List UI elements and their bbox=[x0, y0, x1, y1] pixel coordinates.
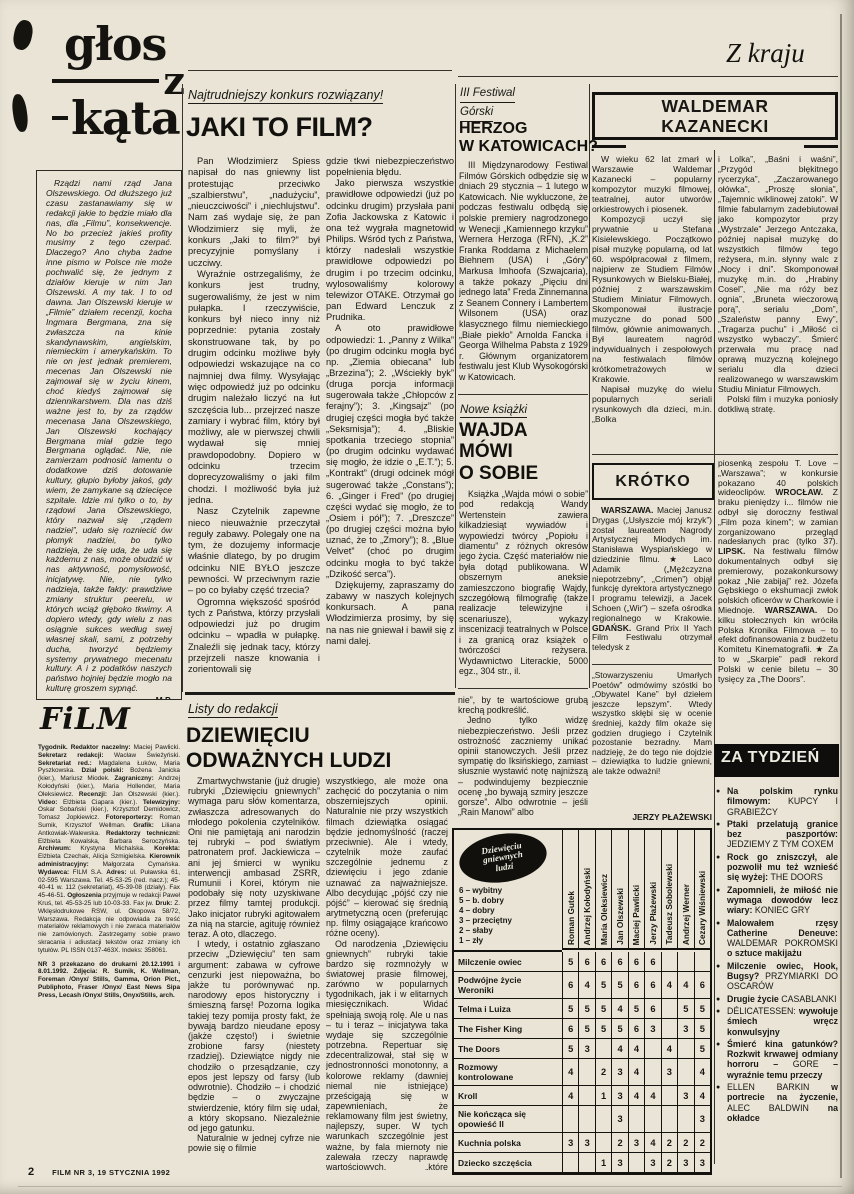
film-title: Podwójne życie Weroniki bbox=[454, 972, 562, 999]
rating-cell: 6 bbox=[644, 972, 660, 999]
scan-artifact bbox=[11, 18, 35, 51]
listy-col4-wrap: „Stowarzyszeniu Umarłych Poetów” odmówim… bbox=[592, 671, 712, 822]
bold-text: Tygodnik. Redaktor naczelny: bbox=[38, 744, 134, 751]
scan-artifact bbox=[10, 93, 29, 133]
konkurs-kicker: Najtrudniejszy konkurs rozwiązany! bbox=[188, 86, 383, 104]
logo-line: ludzi bbox=[495, 861, 514, 873]
bullet-icon: ● bbox=[716, 787, 720, 797]
rating-cell bbox=[677, 1039, 693, 1059]
paragraph: Ogromna większość spośród tych z Państwa… bbox=[188, 597, 320, 676]
bullet-icon: ● bbox=[716, 1007, 720, 1017]
rating-cell bbox=[661, 1019, 677, 1039]
next-week-item: ●Śmierć kina gatunków? Rozkwit krwawej o… bbox=[716, 1039, 838, 1080]
bold-text: Ptaki przelatują granice bez paszportów: bbox=[727, 819, 838, 839]
bullet-icon: ● bbox=[716, 1040, 720, 1050]
page-number: 2 bbox=[28, 1166, 34, 1178]
headline-line: KAZANECKI bbox=[661, 116, 769, 136]
glos-z-kata-logo: głos z kąta bbox=[52, 24, 184, 138]
rating-cell bbox=[644, 1059, 660, 1086]
rating-cell: 2 bbox=[661, 1153, 677, 1173]
listy-col2: wszystkiego, ale może ona zachęcić do po… bbox=[326, 776, 448, 1170]
headline-line: O SOBIE bbox=[459, 463, 538, 484]
text: Elżbieta Czechak, Alicja Szmigielska. bbox=[38, 853, 149, 860]
kazanecki-col1: W wieku 62 lat zmarł w Warszawie Waldema… bbox=[592, 154, 712, 452]
bullet-icon: ● bbox=[716, 995, 720, 1005]
critic-name: Andrzej Kołodyński bbox=[578, 830, 594, 950]
text: JEDZIEMY Z TYM COXEM bbox=[727, 839, 834, 849]
za-tydzien-headline: ZA TYDZIEŃ bbox=[721, 749, 820, 766]
paragraph: Naturalnie w jednej cyfrze nie powie się… bbox=[188, 1133, 320, 1153]
text: Elżbieta Kowalska, Barbara Seroczyńska. bbox=[38, 838, 180, 845]
ratings-table: Dziewięciugniewnychludzi6 – wybitny5 – b… bbox=[452, 828, 712, 1175]
text: Z. Wklęsłodrukowe RSW, ul. Okopowa 58/72… bbox=[38, 900, 180, 954]
legend-line: 2 – słaby bbox=[459, 926, 562, 936]
critic-name: Tadeusz Sobolewski bbox=[661, 830, 677, 950]
text: Elżbieta Ciapara (kier.). bbox=[63, 799, 143, 806]
kazanecki-col2: i Lolka”, „Baśni i waśni”, „Przygód błęk… bbox=[718, 154, 838, 450]
text: GORE bbox=[793, 1059, 819, 1069]
rating-cell: 4 bbox=[661, 1039, 677, 1059]
section-header: Z kraju bbox=[726, 38, 805, 69]
section-rule bbox=[458, 688, 588, 689]
rating-cell bbox=[661, 1086, 677, 1106]
bold-text: Recenzji: bbox=[79, 791, 112, 798]
column-rule bbox=[589, 84, 590, 688]
paragraph: W wieku 62 lat zmarł w Warszawie Waldema… bbox=[592, 154, 712, 214]
rating-cell: 3 bbox=[578, 1039, 594, 1059]
rating-cell: 4 bbox=[628, 1059, 644, 1086]
bullet-icon: ● bbox=[716, 919, 720, 929]
paragraph: Książka „Wajda mówi o sobie” pod redakcj… bbox=[459, 489, 588, 676]
paragraph: Dziękujemy, zapraszamy do zabawy w naszy… bbox=[326, 580, 454, 647]
rating-cell: 4 bbox=[611, 999, 627, 1019]
rating-cell bbox=[677, 1059, 693, 1086]
bold-text: Archiwum: bbox=[38, 845, 80, 852]
wajda-kicker: Nowe książki bbox=[460, 400, 527, 418]
logo-bar bbox=[52, 79, 159, 84]
film-title: Telma i Luiza bbox=[454, 999, 562, 1019]
paragraph: Polski film i muzyka poniosły dotkliwą s… bbox=[718, 394, 838, 414]
paragraph: Jako pierwsza wszystkie prawidłowe odpow… bbox=[326, 178, 454, 323]
rating-cell: 3 bbox=[694, 1153, 710, 1173]
herzog-kicker: III Festiwal Górski bbox=[460, 84, 515, 122]
bold-text: Sekretariat red.: bbox=[38, 760, 99, 767]
text: Maciej Janusz Drygas („Usłyszcie mój krz… bbox=[592, 506, 712, 623]
logo-bar bbox=[52, 116, 68, 121]
rating-cell: 6 bbox=[628, 1019, 644, 1039]
logo-word: kąta bbox=[71, 98, 180, 138]
rating-cell: 6 bbox=[628, 952, 644, 972]
rating-cell: 4 bbox=[562, 1059, 578, 1086]
rating-cell: 6 bbox=[595, 952, 611, 972]
rating-cell: 3 bbox=[611, 1086, 627, 1106]
bullet-icon: ● bbox=[716, 820, 720, 830]
legend-line: 6 – wybitny bbox=[459, 886, 562, 896]
rating-cell: 5 bbox=[694, 1019, 710, 1039]
krotko-headline-box: KRÓTKO bbox=[592, 463, 714, 500]
legend-line: 4 – dobry bbox=[459, 906, 562, 916]
rating-cell: 2 bbox=[595, 1059, 611, 1086]
masthead-info: Tygodnik. Redaktor naczelny: Maciej Pawl… bbox=[38, 744, 180, 955]
print-note: NR 3 przekazano do drukarni 20.12.1991 i… bbox=[38, 961, 180, 1000]
rating-cell: 6 bbox=[578, 952, 594, 972]
next-week-item: ●Na polskim rynku filmowym: KUPCY I GRAB… bbox=[716, 786, 838, 817]
rating-cell: 3 bbox=[611, 1059, 627, 1086]
rating-cell: 5 bbox=[562, 1039, 578, 1059]
rating-cell bbox=[562, 1153, 578, 1173]
column-rule bbox=[455, 84, 456, 688]
text: CASABLANKI bbox=[781, 994, 836, 1004]
paragraph: Napisał muzykę do wielu popularnych seri… bbox=[592, 384, 712, 424]
rating-cell: 4 bbox=[611, 1039, 627, 1059]
film-title: The Doors bbox=[454, 1039, 562, 1059]
listy-col3: nie”, by te wartościowe grubą krechą pod… bbox=[458, 695, 588, 823]
listy-kicker: Listy do redakcji bbox=[188, 700, 278, 718]
next-week-item: ●Zapomnieli, że miłość nie wymaga dowodó… bbox=[716, 885, 838, 916]
konkurs-col2: gdzie tkwi niebezpieczeństwo popełnienia… bbox=[326, 156, 454, 698]
krotko-col2: piosenką zespołu T. Love – „Warszawa”; w… bbox=[718, 459, 838, 741]
paragraph: I wtedy, i ostatnio zgłaszano przeciw „D… bbox=[188, 939, 320, 1133]
rating-cell: 2 bbox=[611, 1133, 627, 1153]
paragraph: i Lolka”, „Baśni i waśni”, „Przygód błęk… bbox=[718, 154, 838, 394]
rating-cell: 1 bbox=[595, 1086, 611, 1106]
paragraph: wszystkiego, ale może ona zachęcić do po… bbox=[326, 776, 448, 939]
konkurs-headline: JAKI TO FILM? bbox=[186, 112, 373, 143]
rating-cell: 5 bbox=[677, 999, 693, 1019]
page-edge bbox=[18, 1186, 842, 1187]
bullet-icon: ● bbox=[716, 886, 720, 896]
film-title: Nie kończąca się opowieść II bbox=[454, 1106, 562, 1133]
krotko-headline: KRÓTKO bbox=[615, 473, 690, 491]
headline-line: WALDEMAR bbox=[661, 96, 768, 116]
rating-cell: 6 bbox=[611, 952, 627, 972]
headline-line: ODWAŻNYCH LUDZI bbox=[186, 749, 391, 772]
rating-cell: 5 bbox=[595, 972, 611, 999]
rating-cell: 5 bbox=[694, 999, 710, 1019]
logo-row: kąta bbox=[52, 98, 184, 138]
glos-z-kata-column: Rządzi nami rząd Jana Olszewskiego. Od d… bbox=[36, 170, 182, 700]
rating-cell: 2 bbox=[661, 1133, 677, 1153]
rating-cell: 3 bbox=[677, 1153, 693, 1173]
section-rule bbox=[592, 454, 838, 455]
listy-col1: Zmartwychwstanie (już drugie) rubryki „D… bbox=[188, 776, 320, 1170]
konkurs-col1: Pan Włodzimierz Spiess napisał do nas gn… bbox=[188, 156, 320, 698]
rating-cell: 5 bbox=[562, 952, 578, 972]
listy-headline: DZIEWIĘCIUODWAŻNYCH LUDZI bbox=[186, 724, 391, 774]
next-week-item: ●Drugie życie CASABLANKI bbox=[716, 994, 838, 1004]
bold-text: Dział polski: bbox=[81, 767, 130, 774]
rating-cell: 4 bbox=[694, 1059, 710, 1086]
rating-cell: 6 bbox=[694, 972, 710, 999]
paragraph: nie”, by te wartościowe grubą krechą pod… bbox=[458, 695, 588, 715]
page-footer: 2 FILM NR 3, 19 STYCZNIA 1992 bbox=[28, 1166, 170, 1178]
bold-text: Fotoreporterzy: bbox=[106, 814, 160, 821]
rating-cell bbox=[661, 1106, 677, 1133]
rating-cell bbox=[677, 1106, 693, 1133]
text: WALDEMAR POKROMSKI bbox=[727, 938, 838, 948]
rating-cell bbox=[677, 952, 693, 972]
critic-name: Cezary Wiśniewski bbox=[694, 830, 710, 950]
next-week-item: ●DÉLICATESSEN: wywołuje śmiech wręcz kon… bbox=[716, 1006, 838, 1037]
critic-name: Roman Gutek bbox=[562, 830, 578, 950]
rating-cell: 5 bbox=[595, 999, 611, 1019]
rating-cell: 3 bbox=[644, 1153, 660, 1173]
bullet-icon: ● bbox=[716, 853, 720, 863]
headline-line: HERZOG bbox=[459, 120, 527, 137]
section-rule bbox=[458, 394, 588, 395]
rating-cell: 5 bbox=[578, 999, 594, 1019]
critic-name: Maciej Pawlicki bbox=[628, 830, 644, 950]
rating-cell bbox=[661, 952, 677, 972]
text: Do kilku stołecznych kin wróciła Polska … bbox=[718, 605, 838, 684]
glos-body: Rządzi nami rząd Jana Olszewskiego. Od d… bbox=[46, 179, 172, 694]
rating-cell: 5 bbox=[611, 972, 627, 999]
text: Krystyna Michalska. bbox=[80, 845, 154, 852]
rating-cell bbox=[578, 1059, 594, 1086]
rating-cell bbox=[595, 1039, 611, 1059]
rating-cell: 4 bbox=[578, 972, 594, 999]
listy-col4: „Stowarzyszeniu Umarłych Poetów” odmówim… bbox=[592, 671, 712, 809]
text: THE DOORS bbox=[771, 872, 823, 882]
paragraph: Rządzi nami rząd Jana Olszewskiego. Od d… bbox=[46, 179, 172, 694]
section-rule bbox=[188, 70, 452, 71]
bold-text: Video: bbox=[38, 799, 63, 806]
rating-cell: 3 bbox=[661, 1059, 677, 1086]
rating-cell: 3 bbox=[628, 1133, 644, 1153]
kicker-text: Nowe książki bbox=[460, 404, 527, 418]
bold-text: Grafik: bbox=[133, 822, 161, 829]
bold-text: Ogłoszenia bbox=[67, 892, 103, 899]
rating-cell: 1 bbox=[595, 1153, 611, 1173]
kicker-text: III Festiwal bbox=[460, 86, 515, 103]
rating-cell: 6 bbox=[562, 1019, 578, 1039]
rating-cell bbox=[595, 1133, 611, 1153]
rating-cell: 5 bbox=[694, 1039, 710, 1059]
rating-cell bbox=[578, 1086, 594, 1106]
rating-cell: 3 bbox=[677, 1019, 693, 1039]
rating-cell: 5 bbox=[595, 1019, 611, 1039]
rating-cell: 3 bbox=[562, 1133, 578, 1153]
paragraph: A oto prawidłowe odpowiedzi: 1. „Panny z… bbox=[326, 323, 454, 580]
rating-cell bbox=[628, 1106, 644, 1133]
rating-cell: 4 bbox=[694, 1086, 710, 1106]
kazanecki-headline: WALDEMARKAZANECKI bbox=[661, 96, 769, 136]
paragraph: Zmartwychwstanie (już drugie) rubryki „D… bbox=[188, 776, 320, 939]
bold-text: Adres: bbox=[106, 869, 130, 876]
author-initials: M.P. bbox=[46, 696, 172, 700]
gniewni-logo: Dziewięciugniewnychludzi bbox=[456, 827, 550, 888]
headline-line: WAJDA bbox=[459, 420, 528, 441]
rating-cell bbox=[578, 1153, 594, 1173]
za-tydzien-headline-box: ZA TYDZIEŃ bbox=[714, 744, 839, 777]
ratings-legend-cell: Dziewięciugniewnychludzi6 – wybitny5 – b… bbox=[454, 830, 562, 952]
decorative-bar bbox=[592, 145, 626, 148]
headline-line: DZIEWIĘCIU bbox=[186, 724, 310, 747]
text: Z braku pieniędzy i... filmów nie odbył … bbox=[718, 487, 838, 546]
section-rule-thick bbox=[185, 692, 455, 695]
bold-text: GDAŃSK. bbox=[592, 623, 636, 633]
rating-cell bbox=[578, 1106, 594, 1133]
magazine-page: głos z kąta Rządzi nami rząd Jana Olszew… bbox=[0, 0, 854, 1194]
kicker-text: Listy do redakcji bbox=[188, 702, 278, 718]
next-week-item: ●Ptaki przelatują granice bez paszportów… bbox=[716, 819, 838, 850]
film-title: The Fisher King bbox=[454, 1019, 562, 1039]
bold-text: Druk: bbox=[156, 900, 175, 907]
bold-text: Redaktorzy techniczni: bbox=[106, 830, 180, 837]
bold-text: WARSZAWA. bbox=[765, 605, 827, 615]
paragraph: gdzie tkwi niebezpieczeństwo popełnienia… bbox=[326, 156, 454, 178]
text: ALEC BALDWIN bbox=[727, 1103, 809, 1113]
bold-text: Wydawca: bbox=[38, 869, 73, 876]
rating-cell: 6 bbox=[644, 952, 660, 972]
paragraph: III Międzynarodowy Festiwal Filmów Górsk… bbox=[459, 160, 588, 382]
wajda-body: Książka „Wajda mówi o sobie” pod redakcj… bbox=[459, 489, 588, 685]
bold-text: Korekta: bbox=[154, 845, 180, 852]
rating-cell: 3 bbox=[644, 1019, 660, 1039]
paragraph: Od narodzenia „Dziewięciu gniewnych” rub… bbox=[326, 939, 448, 1171]
rating-cell: 3 bbox=[694, 1106, 710, 1133]
paragraph: Wyraźnie ostrzegaliśmy, że konkurs jest … bbox=[188, 269, 320, 506]
legend-line: 5 – b. dobry bbox=[459, 896, 562, 906]
rating-cell: 2 bbox=[694, 1133, 710, 1153]
film-title: Kroll bbox=[454, 1086, 562, 1106]
next-week-item: ●Malowałem rzęsy Catherine Deneuve: WALD… bbox=[716, 918, 838, 959]
paragraph: Jedno tylko widzę niebezpieczeństwo. Jeś… bbox=[458, 715, 588, 817]
film-title: Rozmowy kontrolowane bbox=[454, 1059, 562, 1086]
rating-cell: 5 bbox=[611, 1019, 627, 1039]
bullet-icon: ● bbox=[716, 1083, 720, 1093]
rating-cell: 3 bbox=[611, 1106, 627, 1133]
rating-cell bbox=[644, 1106, 660, 1133]
critic-name: Jan Olszewski bbox=[611, 830, 627, 950]
rating-cell: 3 bbox=[578, 1133, 594, 1153]
rating-cell: 4 bbox=[628, 1086, 644, 1106]
rating-cell: 4 bbox=[661, 972, 677, 999]
rating-cell: 3 bbox=[677, 1086, 693, 1106]
ratings-legend: 6 – wybitny5 – b. dobry4 – dobry3 – prze… bbox=[454, 886, 562, 946]
kazanecki-headline-box: WALDEMARKAZANECKI bbox=[592, 92, 838, 140]
krotko-col1: WARSZAWA. Maciej Janusz Drygas („Usłyszc… bbox=[592, 506, 712, 660]
bold-text: Sekretarz redakcji: bbox=[38, 752, 114, 759]
paragraph: Pan Włodzimierz Spiess napisał do nas gn… bbox=[188, 156, 320, 269]
kicker-text: Najtrudniejszy konkurs rozwiązany! bbox=[188, 88, 383, 104]
text: ELLEN BARKIN bbox=[727, 1082, 809, 1092]
text: DÉLICATESSEN: bbox=[727, 1006, 796, 1016]
film-magazine-logo: FiLM bbox=[40, 702, 131, 737]
letter-signature: JERZY PŁAŻEWSKI bbox=[592, 812, 712, 822]
herzog-body: III Międzynarodowy Festiwal Filmów Górsk… bbox=[459, 160, 588, 390]
rating-cell: 4 bbox=[677, 972, 693, 999]
decorative-bar bbox=[804, 145, 838, 148]
next-week-item: ●Milczenie owiec, Hook, Bugsy? PRZYMIARK… bbox=[716, 961, 838, 992]
text: KONIEC GRY bbox=[755, 905, 810, 915]
section-rule bbox=[592, 664, 712, 665]
section-rule bbox=[458, 76, 838, 77]
rating-cell bbox=[595, 1106, 611, 1133]
column-rule bbox=[182, 84, 183, 692]
text: Jan Olszewski (kier.). bbox=[112, 791, 180, 798]
film-title: Dziecko szczęścia bbox=[454, 1153, 562, 1173]
bold-text: o sztuce makijażu bbox=[727, 948, 802, 958]
rating-cell: 5 bbox=[578, 1019, 594, 1039]
headline-line: MÓWI bbox=[459, 441, 513, 462]
critic-name: Maria Oleksiewicz bbox=[595, 830, 611, 950]
rating-cell: 6 bbox=[644, 999, 660, 1019]
rating-cell: 2 bbox=[677, 1133, 693, 1153]
rating-cell: 4 bbox=[644, 1086, 660, 1106]
bold-text: Malowałem rzęsy Catherine Deneuve: bbox=[727, 918, 838, 938]
text: FILM S.A. bbox=[73, 869, 107, 876]
film-title: Milczenie owiec bbox=[454, 952, 562, 972]
text: Maciej Pawlicki. bbox=[134, 744, 180, 751]
wajda-headline: WAJDAMÓWIO SOBIE bbox=[459, 420, 538, 484]
rating-cell: 6 bbox=[628, 972, 644, 999]
rating-cell bbox=[661, 999, 677, 1019]
headline-line: W KATOWICACH? bbox=[459, 138, 598, 155]
za-tydzien-list: ●Na polskim rynku filmowym: KUPCY I GRAB… bbox=[716, 786, 838, 1158]
rating-cell bbox=[694, 952, 710, 972]
text: Wacław Świeżyński. bbox=[114, 752, 180, 759]
paragraph: Nasz Czytelnik zapewne nieco nieuważnie … bbox=[188, 506, 320, 596]
rating-cell bbox=[644, 1039, 660, 1059]
bold-text: LIPSK. bbox=[718, 546, 754, 556]
masthead: Tygodnik. Redaktor naczelny: Maciej Pawl… bbox=[38, 744, 180, 1160]
rating-cell: 4 bbox=[628, 1039, 644, 1059]
bold-text: WROCŁAW. bbox=[775, 487, 832, 497]
legend-line: 1 – zły bbox=[459, 936, 562, 946]
bold-text: Zagraniczny: bbox=[114, 775, 158, 782]
rating-cell: 5 bbox=[628, 999, 644, 1019]
paragraph: Kompozycji uczył się prywatnie u Stefana… bbox=[592, 214, 712, 384]
next-week-item: ●ELLEN BARKIN w portrecie na życzenie, A… bbox=[716, 1082, 838, 1123]
critic-name: Jerzy Płażewski bbox=[644, 830, 660, 950]
page-edge bbox=[840, 14, 842, 1178]
next-week-item: ●Rock go zniszczył, ale pozwolił mu też … bbox=[716, 852, 838, 883]
rating-cell: 4 bbox=[562, 1086, 578, 1106]
bullet-icon: ● bbox=[716, 962, 720, 972]
rating-cell bbox=[628, 1153, 644, 1173]
film-title: Kuchnia polska bbox=[454, 1133, 562, 1153]
issue-line: FILM NR 3, 19 STYCZNIA 1992 bbox=[52, 1168, 170, 1177]
text: Małgorzata Cymańska. bbox=[103, 861, 180, 868]
rating-cell: 5 bbox=[562, 999, 578, 1019]
bold-text: Telewizyjny: bbox=[143, 799, 180, 806]
bold-text: Drugie życie bbox=[727, 994, 781, 1004]
herzog-headline: HERZOGW KATOWICACH? bbox=[459, 120, 598, 156]
legend-line: 3 – przeciętny bbox=[459, 916, 562, 926]
critic-name: Andrzej Werner bbox=[677, 830, 693, 950]
paragraph: „Stowarzyszeniu Umarłych Poetów” odmówim… bbox=[592, 671, 712, 777]
rating-cell: 4 bbox=[644, 1133, 660, 1153]
bold-text: WARSZAWA. bbox=[601, 506, 657, 515]
rating-cell: 3 bbox=[611, 1153, 627, 1173]
rating-cell: 6 bbox=[562, 972, 578, 999]
rating-cell bbox=[562, 1106, 578, 1133]
